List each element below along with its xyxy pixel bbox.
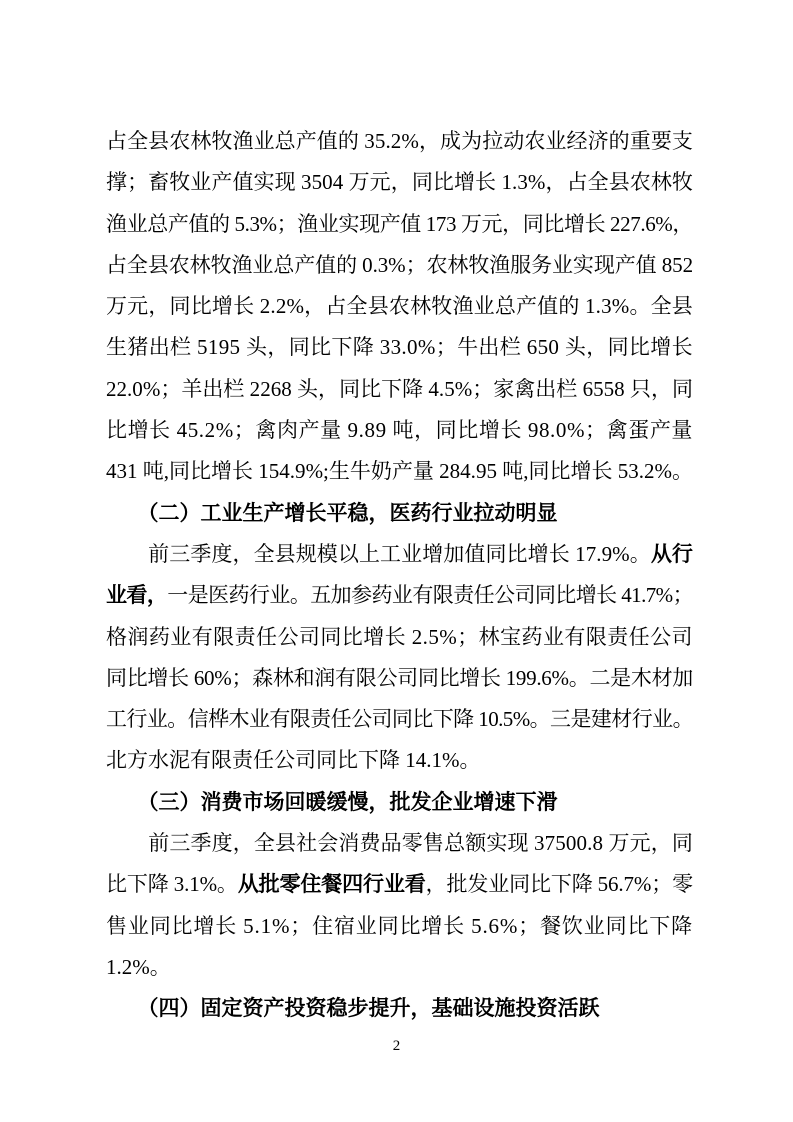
text-run: 售业同比增长 5.1%；住宿业同比增长 5.6%；餐饮业同比下降 bbox=[106, 914, 693, 938]
text-line: 同比增长 60%；森林和润有限公司同比增长 199.6%。二是木材加 bbox=[106, 658, 693, 699]
bold-text-run: （四）固定资产投资稳步提升，基础设施投资活跃 bbox=[106, 997, 600, 1020]
text-line: （二）工业生产增长平稳，医药行业拉动明显 bbox=[106, 493, 693, 534]
paragraph: 占全县农林牧渔业总产值的 35.2%，成为拉动农业经济的重要支撑；畜牧业产值实现… bbox=[106, 121, 693, 493]
text-run: 前三季度，全县规模以上工业增加值同比增长 17.9%。 bbox=[106, 542, 651, 566]
paragraph: 前三季度，全县规模以上工业增加值同比增长 17.9%。从行业看，一是医药行业。五… bbox=[106, 534, 693, 782]
text-run: 万元，同比增长 2.2%，占全县农林牧渔业总产值的 1.3%。全县 bbox=[106, 294, 693, 318]
text-run: 生猪出栏 5195 头，同比下降 33.0%；牛出栏 650 头，同比增长 bbox=[106, 335, 693, 359]
text-line: 比增长 45.2%；禽肉产量 9.89 吨，同比增长 98.0%；禽蛋产量 bbox=[106, 410, 693, 451]
text-run: 占全县农林牧渔业总产值的 35.2%，成为拉动农业经济的重要支 bbox=[106, 129, 693, 153]
text-line: 北方水泥有限责任公司同比下降 14.1%。 bbox=[106, 740, 693, 781]
bold-text-run: （二）工业生产增长平稳，医药行业拉动明显 bbox=[106, 502, 558, 525]
text-run: 一是医药行业。五加参药业有限责任公司同比增长 41.7%； bbox=[167, 583, 693, 607]
bold-text-run: 业看， bbox=[106, 584, 167, 607]
text-run: 渔业总产值的 5.3%；渔业实现产值 173 万元，同比增长 227.6%， bbox=[106, 212, 693, 236]
bold-text-run: （三）消费市场回暖缓慢，批发企业增速下滑 bbox=[106, 791, 558, 814]
text-run: 格润药业有限责任公司同比增长 2.5%；林宝药业有限责任公司 bbox=[106, 625, 693, 649]
text-line: 工行业。信桦木业有限责任公司同比下降 10.5%。三是建材行业。 bbox=[106, 699, 693, 740]
section-heading: （三）消费市场回暖缓慢，批发企业增速下滑 bbox=[106, 782, 693, 823]
text-line: 业看，一是医药行业。五加参药业有限责任公司同比增长 41.7%； bbox=[106, 575, 693, 616]
text-run: 撑；畜牧业产值实现 3504 万元，同比增长 1.3%，占全县农林牧 bbox=[106, 170, 693, 194]
text-run: 工行业。信桦木业有限责任公司同比下降 10.5%。三是建材行业。 bbox=[106, 707, 693, 731]
paragraph: 前三季度，全县社会消费品零售总额实现 37500.8 万元，同比下降 3.1%。… bbox=[106, 823, 693, 988]
text-line: 撑；畜牧业产值实现 3504 万元，同比增长 1.3%，占全县农林牧 bbox=[106, 162, 693, 203]
text-line: 渔业总产值的 5.3%；渔业实现产值 173 万元，同比增长 227.6%， bbox=[106, 204, 693, 245]
text-line: 1.2%。 bbox=[106, 947, 693, 988]
text-run: 同比增长 60%；森林和润有限公司同比增长 199.6%。二是木材加 bbox=[106, 666, 693, 690]
text-run: 比下降 3.1%。 bbox=[106, 872, 238, 896]
text-run: 北方水泥有限责任公司同比下降 14.1%。 bbox=[106, 748, 481, 772]
page-footer: 2 bbox=[0, 1036, 793, 1056]
text-run: 前三季度，全县社会消费品零售总额实现 37500.8 万元，同 bbox=[106, 831, 693, 855]
text-line: 占全县农林牧渔业总产值的 0.3%；农林牧渔服务业实现产值 852 bbox=[106, 245, 693, 286]
text-run: 比增长 45.2%；禽肉产量 9.89 吨，同比增长 98.0%；禽蛋产量 bbox=[106, 418, 693, 442]
text-run: 占全县农林牧渔业总产值的 0.3%；农林牧渔服务业实现产值 852 bbox=[106, 253, 693, 277]
text-run: 431 吨,同比增长 154.9%;生牛奶产量 284.95 吨,同比增长 53… bbox=[106, 459, 693, 483]
bold-text-run: 从批零住餐四行业看 bbox=[238, 873, 426, 896]
section-heading: （四）固定资产投资稳步提升，基础设施投资活跃 bbox=[106, 988, 693, 1029]
text-line: （三）消费市场回暖缓慢，批发企业增速下滑 bbox=[106, 782, 693, 823]
text-line: （四）固定资产投资稳步提升，基础设施投资活跃 bbox=[106, 988, 693, 1029]
text-line: 售业同比增长 5.1%；住宿业同比增长 5.6%；餐饮业同比下降 bbox=[106, 906, 693, 947]
text-line: 占全县农林牧渔业总产值的 35.2%，成为拉动农业经济的重要支 bbox=[106, 121, 693, 162]
text-line: 生猪出栏 5195 头，同比下降 33.0%；牛出栏 650 头，同比增长 bbox=[106, 327, 693, 368]
text-run: 1.2%。 bbox=[106, 955, 171, 979]
text-line: 22.0%；羊出栏 2268 头，同比下降 4.5%；家禽出栏 6558 只，同 bbox=[106, 369, 693, 410]
text-run: 22.0%；羊出栏 2268 头，同比下降 4.5%；家禽出栏 6558 只，同 bbox=[106, 377, 693, 401]
document-body: 占全县农林牧渔业总产值的 35.2%，成为拉动农业经济的重要支撑；畜牧业产值实现… bbox=[106, 121, 693, 1030]
text-line: 前三季度，全县社会消费品零售总额实现 37500.8 万元，同 bbox=[106, 823, 693, 864]
section-heading: （二）工业生产增长平稳，医药行业拉动明显 bbox=[106, 493, 693, 534]
text-line: 比下降 3.1%。从批零住餐四行业看，批发业同比下降 56.7%；零 bbox=[106, 864, 693, 905]
document-page: 占全县农林牧渔业总产值的 35.2%，成为拉动农业经济的重要支撑；畜牧业产值实现… bbox=[0, 0, 793, 1122]
text-line: 431 吨,同比增长 154.9%;生牛奶产量 284.95 吨,同比增长 53… bbox=[106, 451, 693, 492]
bold-text-run: 从行 bbox=[651, 543, 693, 566]
text-line: 格润药业有限责任公司同比增长 2.5%；林宝药业有限责任公司 bbox=[106, 617, 693, 658]
page-number: 2 bbox=[393, 1038, 401, 1054]
text-line: 万元，同比增长 2.2%，占全县农林牧渔业总产值的 1.3%。全县 bbox=[106, 286, 693, 327]
text-run: ，批发业同比下降 56.7%；零 bbox=[426, 872, 693, 896]
text-line: 前三季度，全县规模以上工业增加值同比增长 17.9%。从行 bbox=[106, 534, 693, 575]
